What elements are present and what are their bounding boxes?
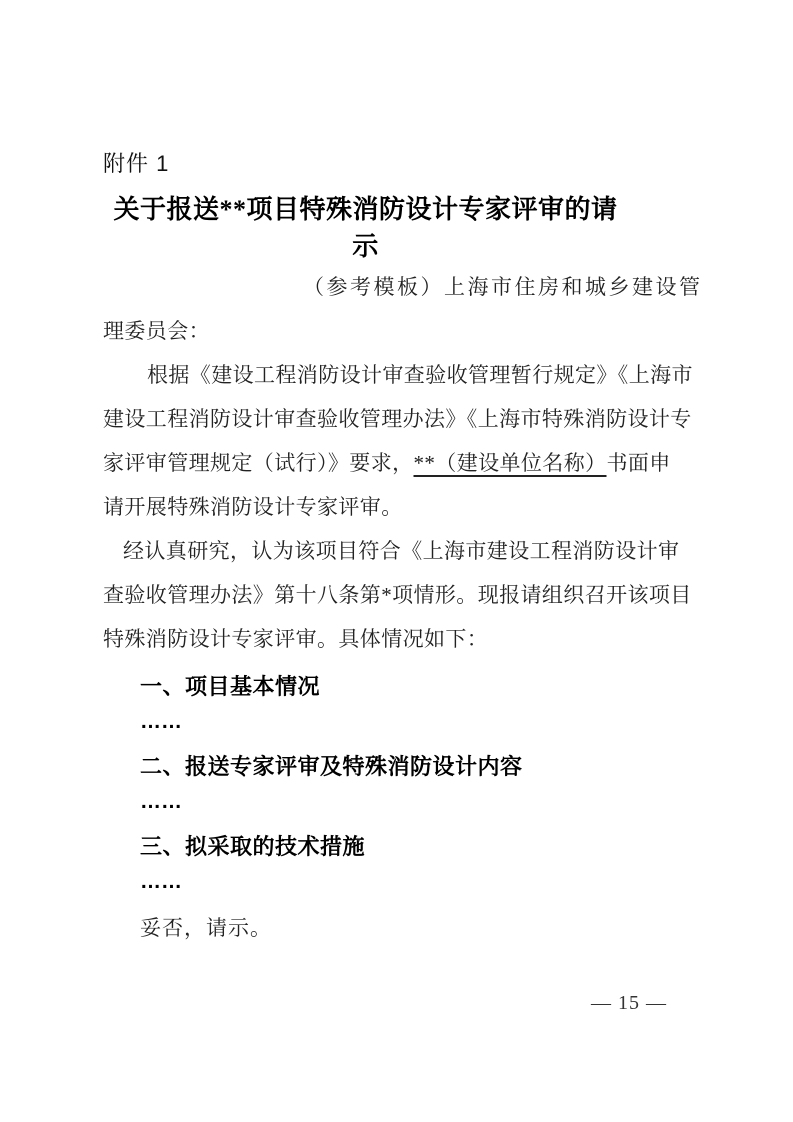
page-number: — 15 —	[103, 981, 700, 1025]
section-3-placeholder: ……	[103, 869, 700, 905]
recipient-line-2: 理委员会：	[103, 309, 700, 353]
section-3: 三、拟采取的技术措施 ……	[103, 825, 700, 905]
section-1-placeholder: ……	[103, 709, 700, 745]
document-page: 附件 1 关于报送**项目特殊消防设计专家评审的请 示 （参考模板）上海市住房和…	[0, 0, 793, 1122]
section-2-heading: 二、报送专家评审及特殊消防设计内容	[103, 745, 700, 789]
title-line-2: 示	[103, 228, 628, 265]
section-list: 一、项目基本情况 …… 二、报送专家评审及特殊消防设计内容 …… 三、拟采取的技…	[103, 665, 700, 905]
paragraph1-line-1: 根据《建设工程消防设计审查验收管理暂行规定》《上海市	[103, 353, 700, 397]
document-title: 关于报送**项目特殊消防设计专家评审的请 示	[103, 191, 700, 265]
underlined-blank-company-name: **（建设单位名称）	[414, 451, 607, 475]
section-2-placeholder: ……	[103, 789, 700, 825]
paragraph1-line-3-tail: 书面申	[607, 451, 671, 475]
recipient-line-1: （参考模板）上海市住房和城乡建设管	[103, 265, 700, 309]
closing-remark: 妥否，请示。	[103, 906, 700, 950]
section-1: 一、项目基本情况 ……	[103, 665, 700, 745]
attachment-label: 附件 1	[103, 142, 700, 186]
paragraph1-line-2: 建设工程消防设计审查验收管理办法》《上海市特殊消防设计专	[103, 397, 700, 441]
section-1-heading: 一、项目基本情况	[103, 665, 700, 709]
paragraph2-line-1: 经认真研究，认为该项目符合《上海市建设工程消防设计审	[103, 529, 700, 573]
paragraph1-line-3: 家评审管理规定（试行）》要求，**（建设单位名称）书面申	[103, 441, 700, 485]
section-2: 二、报送专家评审及特殊消防设计内容 ……	[103, 745, 700, 825]
paragraph2-line-2: 查验收管理办法》第十八条第*项情形。现报请组织召开该项目	[103, 573, 700, 617]
title-line-1: 关于报送**项目特殊消防设计专家评审的请	[103, 191, 628, 228]
paragraph1-line-4: 请开展特殊消防设计专家评审。	[103, 485, 700, 529]
document-body: （参考模板）上海市住房和城乡建设管 理委员会： 根据《建设工程消防设计审查验收管…	[103, 265, 700, 661]
paragraph2-line-3: 特殊消防设计专家评审。具体情况如下：	[103, 617, 700, 661]
paragraph1-line-3-text: 家评审管理规定（试行）》要求，	[103, 451, 414, 475]
section-3-heading: 三、拟采取的技术措施	[103, 825, 700, 869]
